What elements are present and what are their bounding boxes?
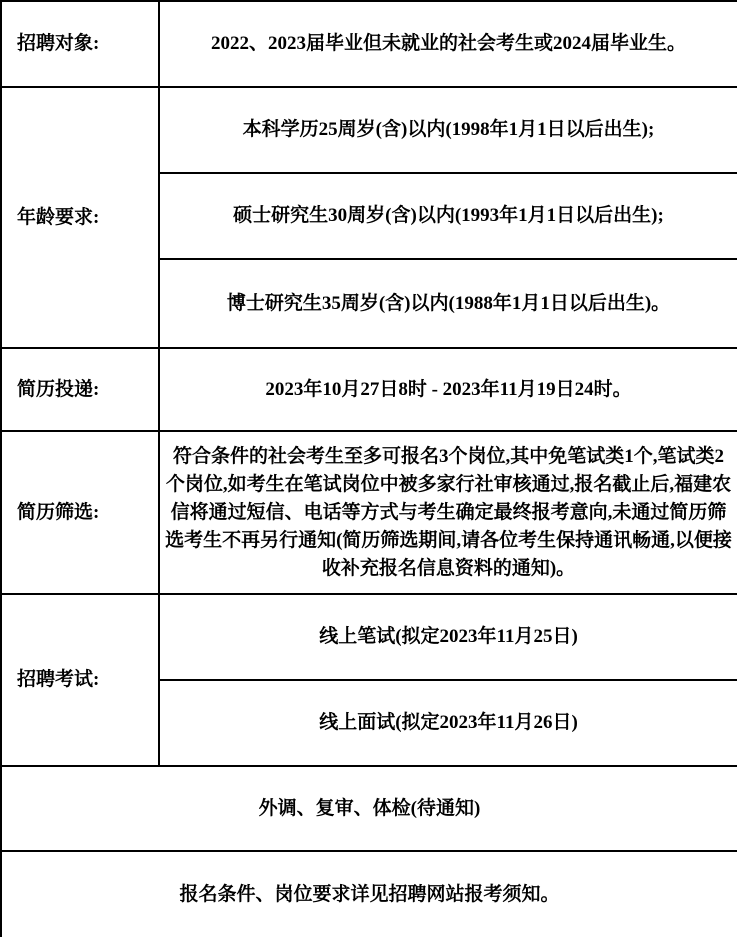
row-value-resume-screening: 符合条件的社会考生至多可报名3个岗位,其中免笔试类1个,笔试类2个岗位,如考生在… bbox=[159, 431, 737, 594]
row-value-recruitment-target: 2022、2023届毕业但未就业的社会考生或2024届毕业生。 bbox=[159, 1, 737, 87]
row-value-resume-submission: 2023年10月27日8时 - 2023年11月19日24时。 bbox=[159, 348, 737, 431]
table-row: 招聘对象: 2022、2023届毕业但未就业的社会考生或2024届毕业生。 bbox=[1, 1, 737, 87]
table-row: 年龄要求: 本科学历25周岁(含)以内(1998年1月1日以后出生); bbox=[1, 87, 737, 173]
row-value-age-master: 硕士研究生30周岁(含)以内(1993年1月1日以后出生); bbox=[159, 173, 737, 259]
row-label-resume-screening: 简历筛选: bbox=[1, 431, 159, 594]
table-row: 简历筛选: 符合条件的社会考生至多可报名3个岗位,其中免笔试类1个,笔试类2个岗… bbox=[1, 431, 737, 594]
table-row: 外调、复审、体检(待通知) bbox=[1, 766, 737, 851]
row-value-interview-exam: 线上面试(拟定2023年11月26日) bbox=[159, 680, 737, 766]
row-value-age-bachelor: 本科学历25周岁(含)以内(1998年1月1日以后出生); bbox=[159, 87, 737, 173]
row-label-recruitment-exam: 招聘考试: bbox=[1, 594, 159, 766]
table-row: 招聘考试: 线上笔试(拟定2023年11月25日) bbox=[1, 594, 737, 680]
table-row: 简历投递: 2023年10月27日8时 - 2023年11月19日24时。 bbox=[1, 348, 737, 431]
row-value-application-note: 报名条件、岗位要求详见招聘网站报考须知。 bbox=[1, 851, 737, 937]
row-value-followup-steps: 外调、复审、体检(待通知) bbox=[1, 766, 737, 851]
row-label-resume-submission: 简历投递: bbox=[1, 348, 159, 431]
row-value-written-exam: 线上笔试(拟定2023年11月25日) bbox=[159, 594, 737, 680]
recruitment-notice-table: 招聘对象: 2022、2023届毕业但未就业的社会考生或2024届毕业生。 年龄… bbox=[0, 0, 737, 937]
row-label-age-requirement: 年龄要求: bbox=[1, 87, 159, 348]
row-label-recruitment-target: 招聘对象: bbox=[1, 1, 159, 87]
table-row: 报名条件、岗位要求详见招聘网站报考须知。 bbox=[1, 851, 737, 937]
row-value-age-doctor: 博士研究生35周岁(含)以内(1988年1月1日以后出生)。 bbox=[159, 259, 737, 348]
